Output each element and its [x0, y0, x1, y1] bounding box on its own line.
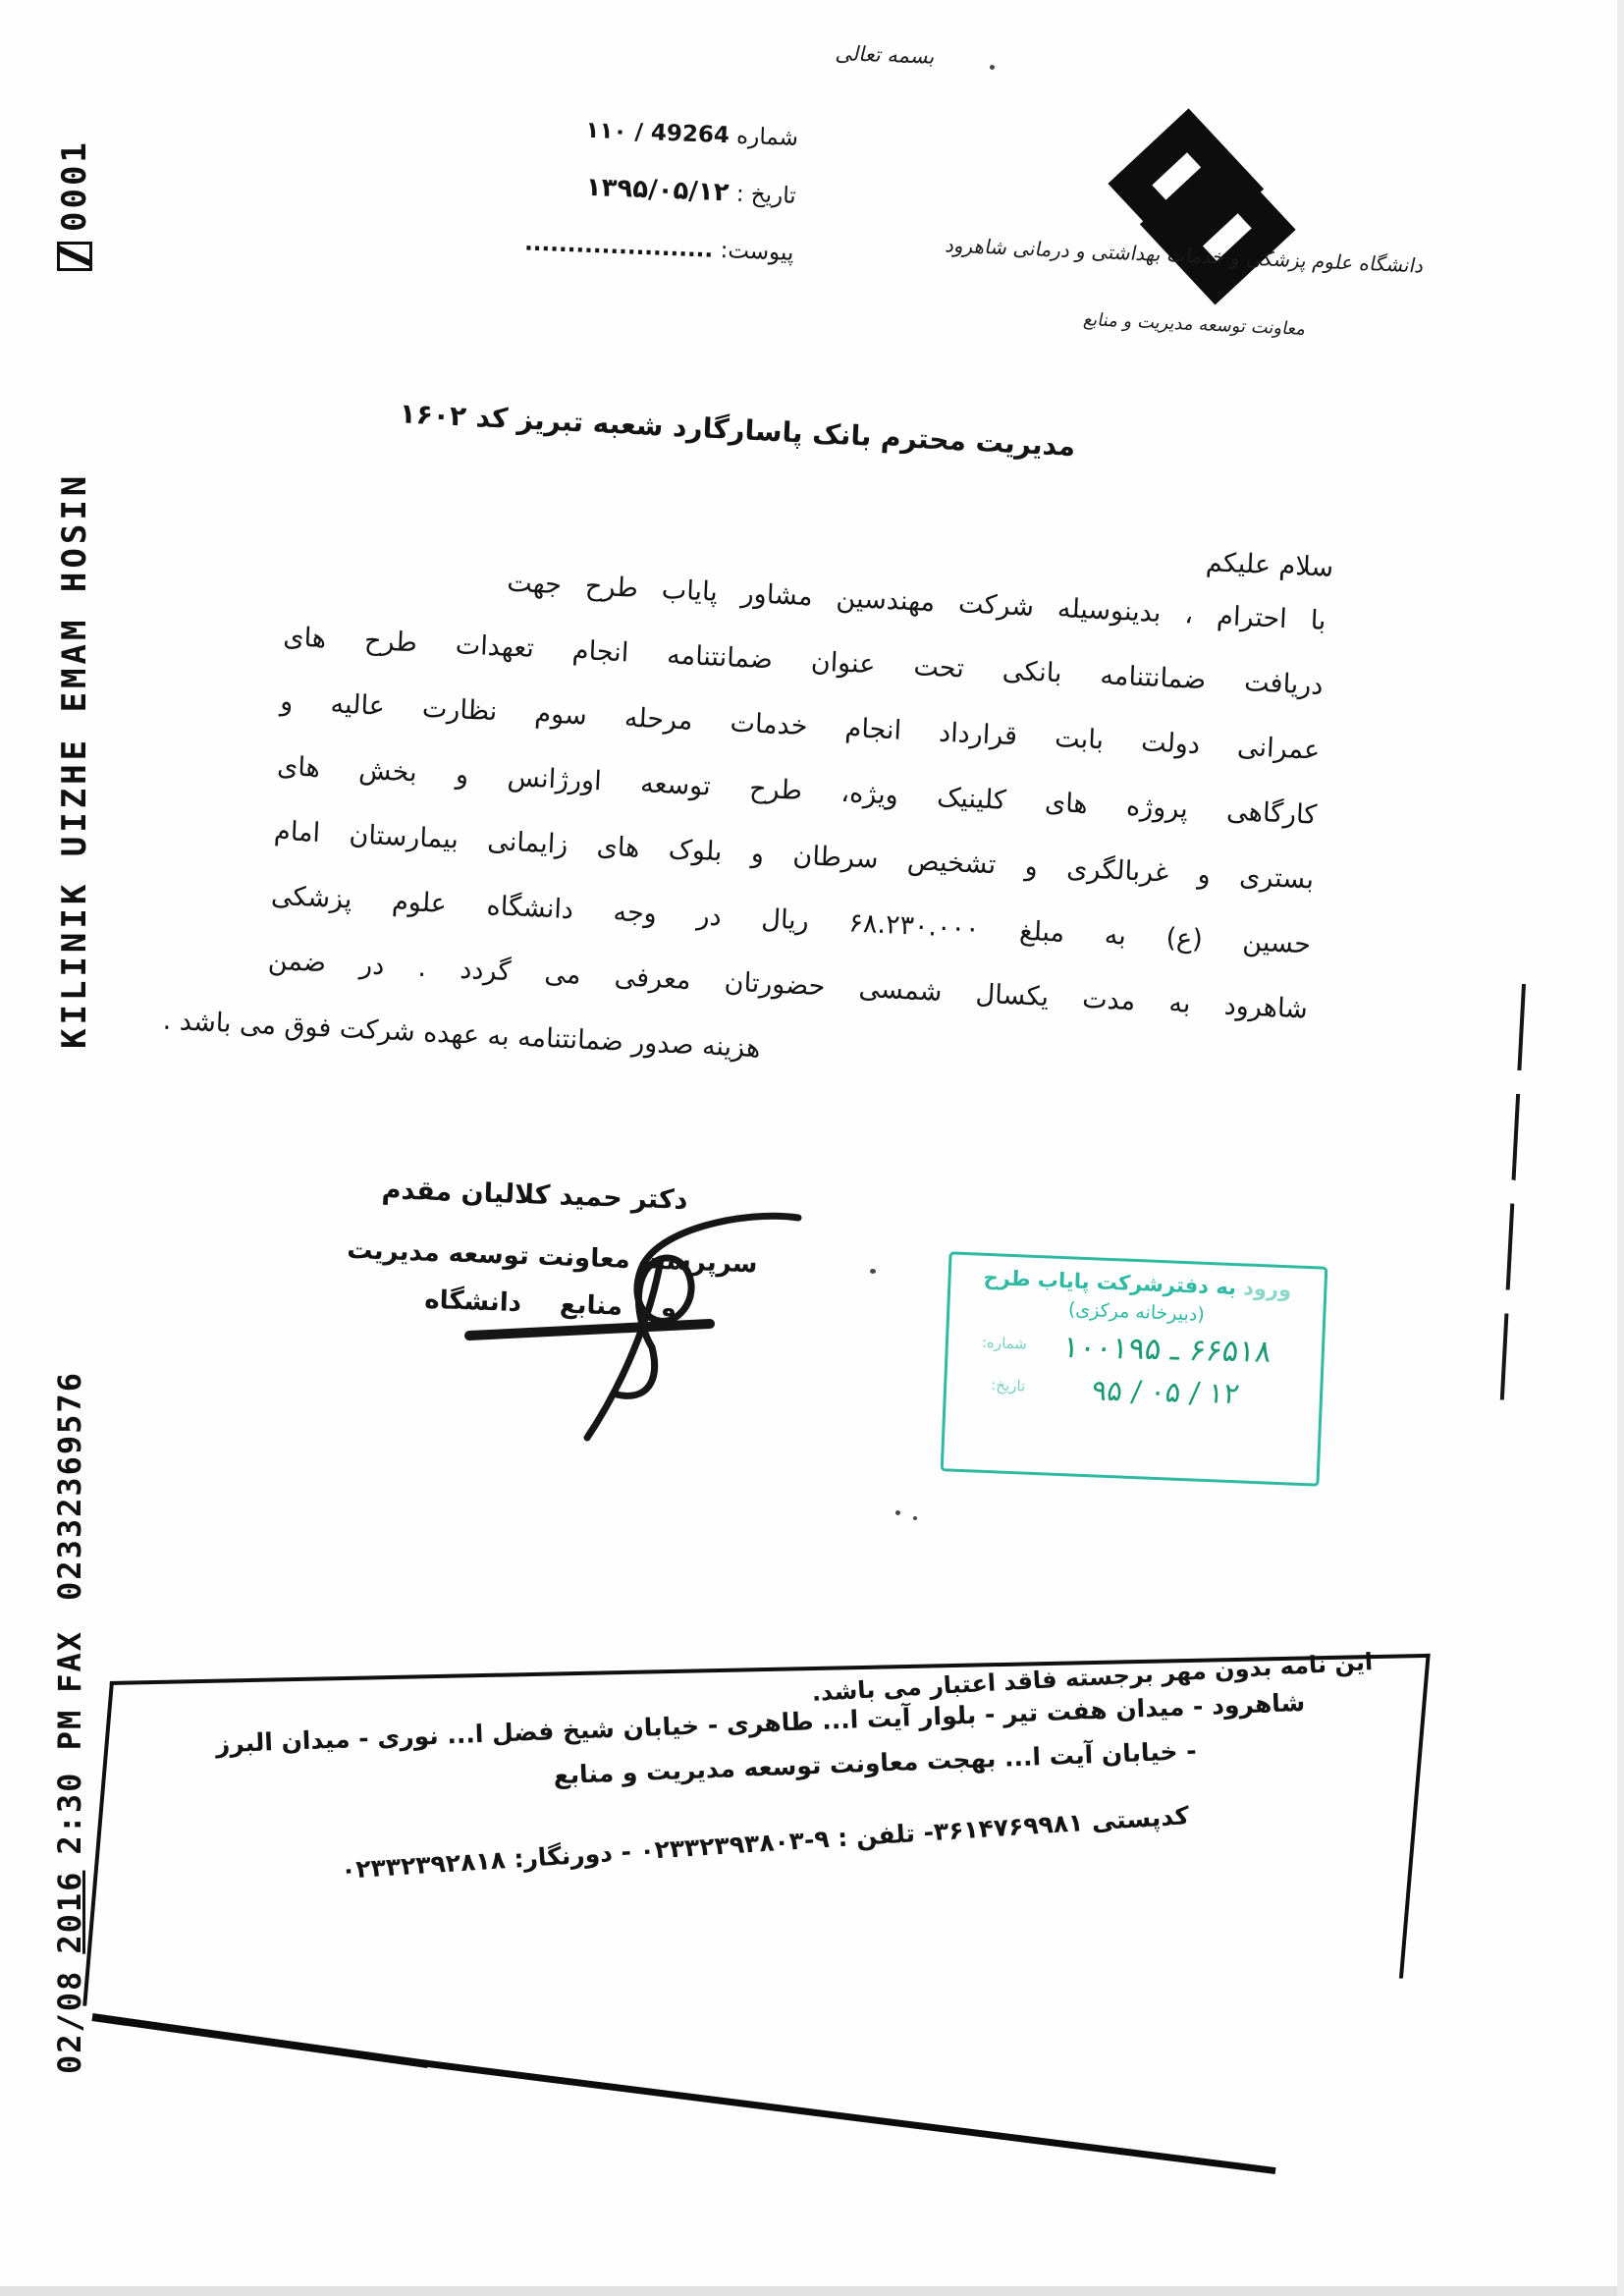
company-entry-stamp: ورود به دفترشرکت پایاب طرح (دبیرخانه مرک…: [941, 1251, 1328, 1486]
stamp-date-label: تاریخ:: [960, 1375, 1026, 1395]
letter-attachment-label: پیوست:: [720, 238, 794, 266]
stamp-number-value: ۱۰۰۱۹۵ ـ ۶۶۵۱۸: [1024, 1329, 1310, 1370]
fax-date: 02/08: [51, 1970, 88, 2074]
stamp-title-faint-word: ورود: [1243, 1276, 1292, 1301]
scan-artifact-right-edge-dashes: [1499, 984, 1526, 1424]
fax-number: 02332369576: [51, 1371, 88, 1601]
scanned-letter-page: 0001 KILINIK UIZHE EMAM HOSIN 02/08 2016…: [0, 0, 1624, 2296]
university-knot-logo-icon: [1094, 98, 1309, 316]
stamp-number-row: شماره: ۱۰۰۱۹۵ ـ ۶۶۵۱۸: [961, 1324, 1308, 1373]
letter-body: با احترام ، بدینوسیله شرکت مهندسین مشاور…: [263, 540, 1327, 1107]
fax-year: 2016: [51, 1871, 88, 1954]
fax-label: FAX: [51, 1630, 88, 1693]
letter-date-value: ۱۳۹۵/۰۵/۱۲: [585, 173, 730, 208]
fax-timestamp-line: 02/08 2016 2:30 PM FAX 02332369576: [51, 1371, 88, 2074]
salutation: سلام علیکم: [1205, 547, 1333, 583]
handwritten-signature: [410, 1200, 833, 1446]
scan-artifact-dot: [895, 1510, 900, 1515]
scan-artifact-dot: [913, 1516, 917, 1520]
letter-meta-block: شماره ۱۱۰ / 49264 تاریخ : ۱۳۹۵/۰۵/۱۲ پیو…: [365, 93, 799, 282]
address-footer-box: شاهرود - میدان هفت تیر - بلوار آیت ا... …: [82, 1654, 1430, 2006]
letter-number-value: ۱۱۰ / 49264: [585, 118, 730, 149]
fax-counter-text: 0001: [55, 139, 94, 232]
scan-edge-shadow-bottom: [0, 2286, 1624, 2296]
contact-line: کدپستی ۳۶۱۴۷۶۹۹۸۱- تلفن : ۹-۰۲۳۳۲۳۹۳۸۰۳ …: [109, 1786, 1421, 1899]
recipient-title: مدیریت محترم بانک پاسارگارد شعبه تبریز ک…: [439, 399, 1076, 463]
fax-page-icon: [57, 242, 92, 271]
scan-edge-shadow-right: [1617, 0, 1624, 2296]
scan-artifact-diagonal-line: [420, 2059, 1276, 2174]
address-footer-content: شاهرود - میدان هفت تیر - بلوار آیت ا... …: [102, 1647, 1421, 1883]
letter-date-label: تاریخ :: [735, 182, 796, 209]
scan-artifact-diagonal-line: [91, 2013, 428, 2068]
stamp-date-value: ۹۵ / ۰۵ / ۱۲: [1023, 1372, 1309, 1411]
scan-artifact-dot: [990, 65, 995, 70]
stamp-date-row: تاریخ: ۹۵ / ۰۵ / ۱۲: [960, 1367, 1307, 1414]
fax-station-name: KILINIK UIZHE EMAM HOSIN: [55, 472, 94, 1049]
scan-artifact-dot: [870, 1269, 876, 1274]
besmellah-text: بسمه تعالی: [834, 41, 939, 68]
stamp-number-label: شماره:: [962, 1333, 1028, 1353]
attachment-dotted-leader: ......................: [524, 230, 714, 262]
fax-page-counter: 0001: [55, 139, 94, 271]
fax-time: 2:30 PM: [51, 1709, 88, 1855]
stamp-title-text: به دفترشرکت پایاب طرح: [983, 1266, 1236, 1299]
letter-number-label: شماره: [736, 124, 799, 151]
